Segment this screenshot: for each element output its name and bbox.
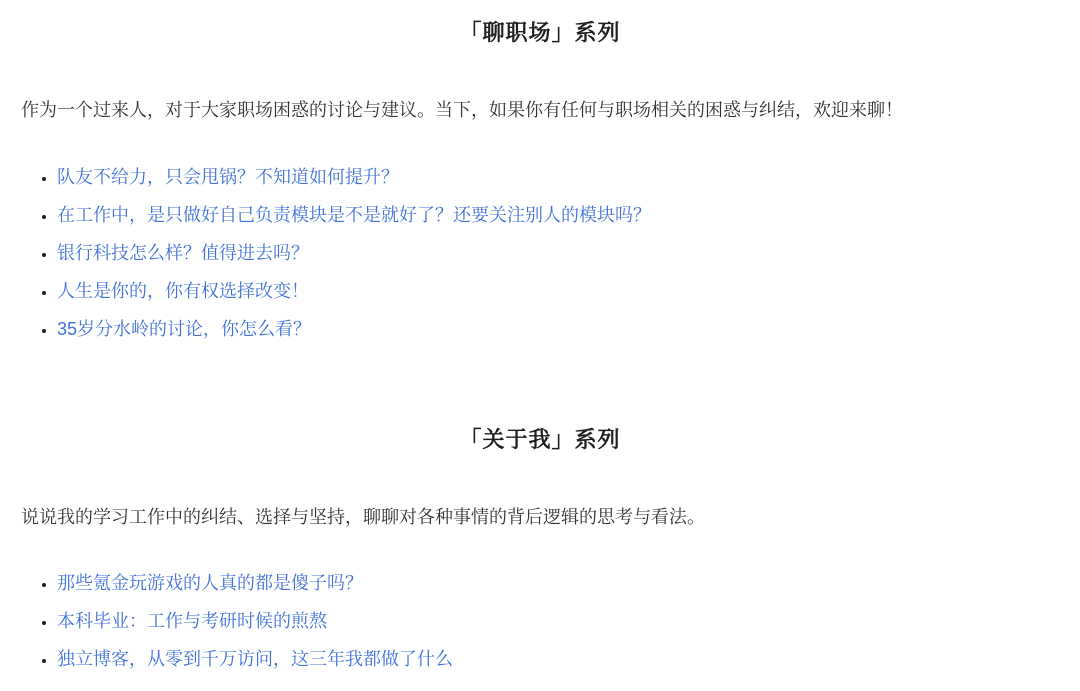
- article-link[interactable]: 队友不给力，只会甩锅？不知道如何提升？: [57, 167, 399, 187]
- section-intro-workplace: 作为一个过来人，对于大家职场困惑的讨论与建议。当下，如果你有任何与职场相关的困惑…: [21, 98, 1060, 123]
- section-intro-about-me: 说说我的学习工作中的纠结、选择与坚持，聊聊对各种事情的背后逻辑的思考与看法。: [21, 505, 1060, 530]
- list-item: 银行科技怎么样？值得进去吗？: [57, 241, 1080, 266]
- list-item: 队友不给力，只会甩锅？不知道如何提升？: [57, 165, 1080, 190]
- article-link[interactable]: 本科毕业：工作与考研时候的煎熬: [57, 611, 327, 631]
- section-title-about-me: 「关于我」系列: [0, 427, 1080, 453]
- article-link[interactable]: 35岁分水岭的讨论，你怎么看？: [57, 319, 311, 339]
- list-item: 35岁分水岭的讨论，你怎么看？: [57, 317, 1080, 342]
- list-item: 在工作中，是只做好自己负责模块是不是就好了？还要关注别人的模块吗？: [57, 203, 1080, 228]
- article-link[interactable]: 人生是你的，你有权选择改变！: [57, 281, 309, 301]
- article-link[interactable]: 银行科技怎么样？值得进去吗？: [57, 243, 309, 263]
- workplace-link-list: 队友不给力，只会甩锅？不知道如何提升？ 在工作中，是只做好自己负责模块是不是就好…: [0, 165, 1080, 343]
- list-item: 独立博客，从零到千万访问，这三年我都做了什么: [57, 647, 1080, 672]
- list-item: 那些氪金玩游戏的人真的都是傻子吗？: [57, 571, 1080, 596]
- list-item: 人生是你的，你有权选择改变！: [57, 279, 1080, 304]
- article-link[interactable]: 独立博客，从零到千万访问，这三年我都做了什么: [57, 649, 453, 669]
- article-page: 「聊职场」系列 作为一个过来人，对于大家职场困惑的讨论与建议。当下，如果你有任何…: [0, 0, 1080, 691]
- article-link[interactable]: 那些氪金玩游戏的人真的都是傻子吗？: [57, 573, 363, 593]
- article-link[interactable]: 在工作中，是只做好自己负责模块是不是就好了？还要关注别人的模块吗？: [57, 205, 651, 225]
- about-me-link-list: 那些氪金玩游戏的人真的都是傻子吗？ 本科毕业：工作与考研时候的煎熬 独立博客，从…: [0, 571, 1080, 673]
- list-item: 本科毕业：工作与考研时候的煎熬: [57, 609, 1080, 634]
- section-title-workplace: 「聊职场」系列: [0, 0, 1080, 46]
